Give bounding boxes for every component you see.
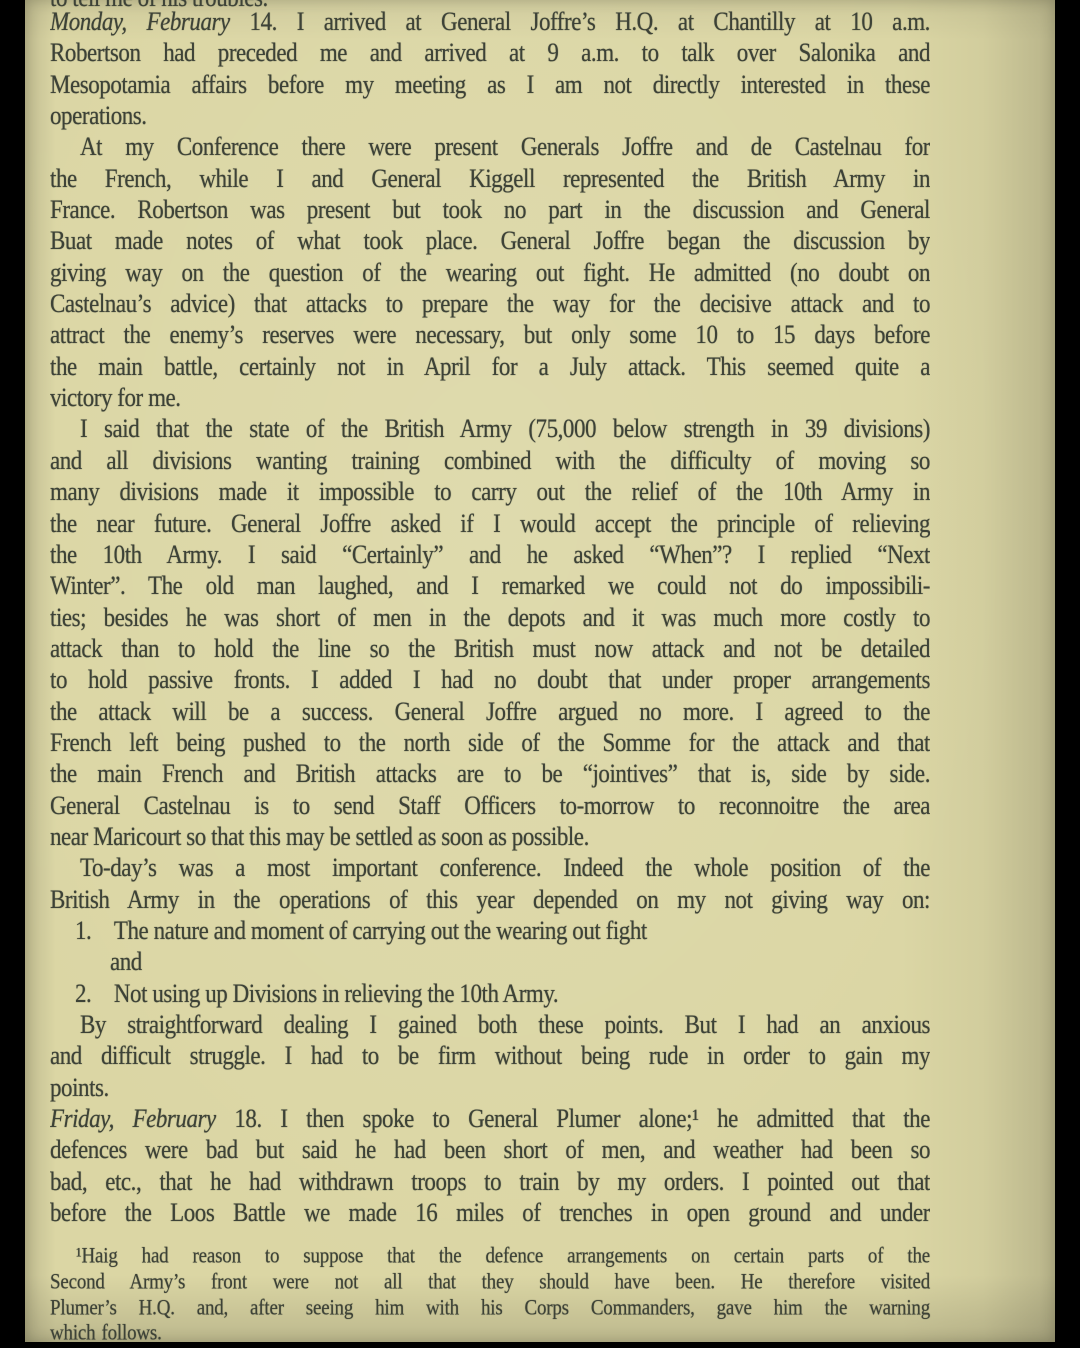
text-line: the near future. General Joffre asked if… xyxy=(50,505,930,541)
text-line: Winter”. The old man laughed, and I rema… xyxy=(50,568,930,604)
text-line: At my Conference there were present Gene… xyxy=(50,129,930,165)
text-line: General Castelnau is to send Staff Offic… xyxy=(50,787,930,823)
text-line: To-day’s was a most important conference… xyxy=(50,850,930,886)
text-line: the attack will be a success. General Jo… xyxy=(50,693,930,729)
text-line: Second Army’s front were not all that th… xyxy=(50,1268,930,1297)
text-line: Robertson had preceded me and arrived at… xyxy=(50,35,930,71)
text-line: before the Loos Battle we made 16 miles … xyxy=(50,1195,930,1229)
text-line: defences were bad but said he had been s… xyxy=(50,1132,930,1168)
text-line: the main French and British attacks are … xyxy=(50,756,930,792)
italic-date-lead: Friday, February xyxy=(50,1104,216,1133)
diary-text-block: Monday, February 14. I arrived at Genera… xyxy=(50,6,930,1228)
page-paper: to tell me of his troubles. Monday, Febr… xyxy=(25,0,1055,1342)
text-line: Buat made notes of what took place. Gene… xyxy=(50,223,930,259)
text-line: attract the enemy’s reserves were necess… xyxy=(50,317,930,353)
footnote-block: ¹Haig had reason to suppose that the def… xyxy=(50,1244,930,1342)
text-line: ties; besides he was short of men in the… xyxy=(50,599,930,635)
scanned-book-page: { "page": { "description": "Scanned book… xyxy=(0,0,1080,1348)
text-line: to hold passive fronts. I added I had no… xyxy=(50,662,930,698)
text-line: many divisions made it impossible to car… xyxy=(50,474,930,510)
text-line: I said that the state of the British Arm… xyxy=(50,411,930,447)
text-line: British Army in the operations of this y… xyxy=(50,881,930,917)
italic-date-lead: Monday, February xyxy=(50,7,230,36)
text-line: and difficult struggle. I had to be firm… xyxy=(50,1038,930,1074)
text-line: which follows. xyxy=(50,1319,930,1342)
text-line: ¹Haig had reason to suppose that the def… xyxy=(50,1242,930,1271)
text-line: and xyxy=(50,944,930,980)
